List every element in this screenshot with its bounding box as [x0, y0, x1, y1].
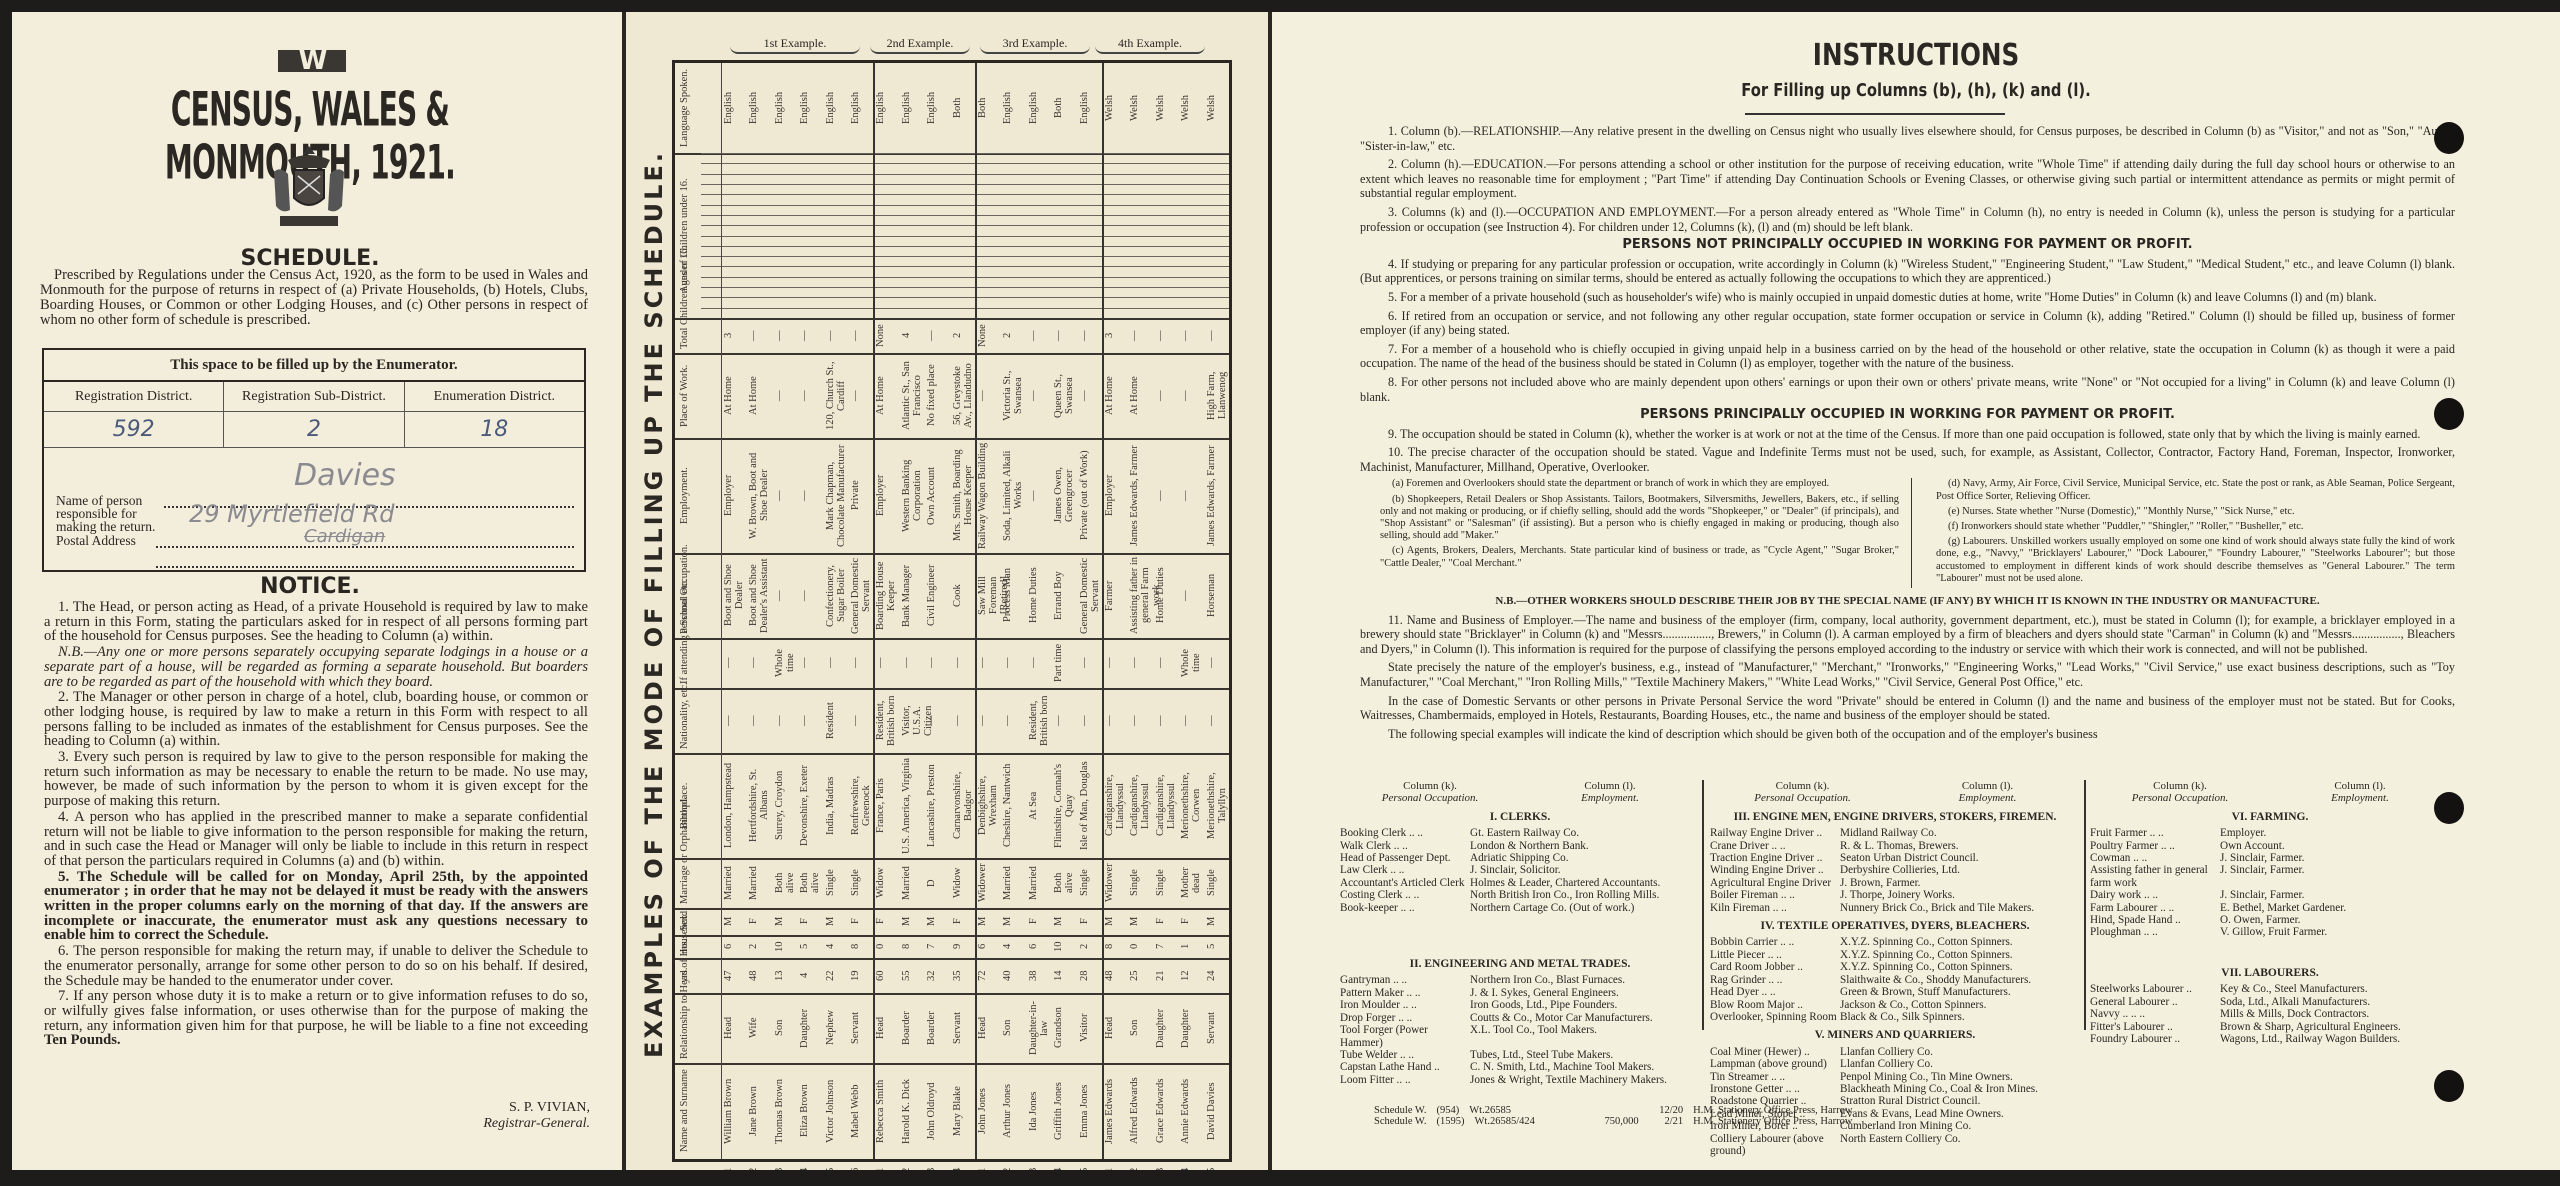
cell-ms: 5: [1206, 939, 1229, 954]
cell-sex: F: [1155, 912, 1178, 931]
age-grid-line: [701, 215, 1229, 216]
cell-yrs: 32: [926, 962, 949, 989]
example-row: Dairy work .. ..J. Sinclair, Farmer.: [2090, 889, 2450, 901]
punch-hole-2: [2434, 398, 2464, 430]
notice-text: 1. The Head, or person acting as Head, o…: [44, 600, 588, 1049]
cell-birth: Cardiganshire, Llandyssul: [1104, 757, 1127, 854]
employer: J. & I. Sykes, General Engineers.: [1470, 987, 1700, 999]
cell-nat: Resident, British born: [875, 692, 898, 749]
instruction-10: 10. The precise character of the occupat…: [1360, 445, 2455, 474]
example-row: Crane Driver .. ..R. & L. Thomas, Brewer…: [1710, 840, 2080, 852]
employer: Coutts & Co., Motor Car Manufacturers.: [1470, 1012, 1700, 1024]
cell-tot: —: [1155, 322, 1178, 349]
cell-yrs: 55: [901, 962, 924, 989]
cell-sch: —: [1206, 642, 1229, 684]
cell-occ: Home Duties: [1028, 557, 1051, 634]
cell-birth: France, Paris: [875, 757, 898, 854]
cell-sch: —: [825, 642, 848, 684]
cell-emp: Private: [850, 442, 873, 549]
registration-district-label: Registration District.: [44, 382, 224, 412]
cell-birth: Flintshire, Connah's Quay: [1053, 757, 1076, 854]
examples-side-title: EXAMPLES OF THE MODE OF FILLING UP THE S…: [634, 60, 674, 1160]
cell-nat: —: [774, 692, 797, 749]
occupation: Kiln Fireman .. ..: [1710, 902, 1840, 914]
cell-ms: 10: [774, 939, 797, 954]
occupation: Farm Labourer .. ..: [2090, 902, 2220, 914]
employer: Key & Co., Steel Manufacturers.: [2220, 983, 2450, 995]
column-header-sch: If attending a School etc.: [679, 642, 717, 684]
example-row: Assisting father in general farm workJ. …: [2090, 864, 2450, 889]
cell-sch: —: [875, 642, 898, 684]
cell-lang: English: [825, 67, 848, 149]
employer: Brown & Sharp, Agricultural Engineers.: [2220, 1021, 2450, 1033]
cell-occ: —: [1180, 557, 1203, 634]
cell-emp: Employer: [875, 442, 898, 549]
instruction-6: 6. If retired from an occupation or serv…: [1360, 309, 2455, 338]
cell-nat: Resident, British born: [1028, 692, 1051, 749]
employer: J. Sinclair, Farmer.: [2220, 889, 2450, 901]
cell-ms: 6: [977, 939, 1000, 954]
cell-ms: 8: [1104, 939, 1127, 954]
cell-mar: Single: [825, 862, 848, 904]
column-header-name: Name and Surname: [679, 1067, 717, 1155]
cell-mar: Widower: [1104, 862, 1127, 904]
cell-sch: —: [1104, 642, 1127, 684]
employer: Jackson & Co., Cotton Spinners.: [1840, 999, 2080, 1011]
cell-sex: F: [799, 912, 822, 931]
example-row: Book-keeper .. ..Northern Cartage Co. (O…: [1340, 902, 1700, 914]
cell-lang: Welsh: [1129, 67, 1152, 149]
occupation: Fruit Farmer .. ..: [2090, 827, 2220, 839]
age-grid-line: [701, 236, 1229, 237]
occupation: Drop Forger .. ..: [1340, 1012, 1470, 1024]
example-row: Overlooker, Spinning RoomBlack & Co., Si…: [1710, 1011, 2080, 1023]
cell-tot: —: [825, 322, 848, 349]
band-divider: [675, 993, 1229, 995]
age-grid-line: [701, 153, 1229, 154]
cell-emp: Mrs. Smith, Boarding House Keeper: [952, 442, 975, 549]
example-row: Steelworks Labourer ..Key & Co., Steel M…: [2090, 983, 2450, 995]
category-title: II. ENGINEERING AND METAL TRADES.: [1340, 958, 1700, 970]
cell-sex: M: [1002, 912, 1025, 931]
cell-sch: —: [748, 642, 771, 684]
occupation-examples: Column (k).Personal Occupation.Column (l…: [1340, 780, 2460, 1100]
cell-rel: Grandson: [1053, 997, 1076, 1059]
cell-mar: Both alive: [1053, 862, 1076, 904]
cell-sex: F: [1180, 912, 1203, 931]
cell-lang: English: [774, 67, 797, 149]
cell-nat: —: [1206, 692, 1229, 749]
occupation: Colliery Labourer (above ground): [1710, 1133, 1840, 1158]
cell-tot: None: [977, 322, 1000, 349]
instructions-subtitle: For Filling up Columns (b), (h), (k) and…: [1388, 80, 2444, 101]
employer: Slaithwaite & Co., Shoddy Manufacturers.: [1840, 974, 2080, 986]
cell-pow: —: [1079, 357, 1102, 434]
col-l-header: Column (l).Employment.: [1520, 780, 1700, 805]
cell-birth: Lancashire, Preston: [926, 757, 949, 854]
cell-rel: Servant: [850, 997, 873, 1059]
cell-occ: Assisting father in general Farm work: [1129, 557, 1152, 634]
cell-tot: —: [1180, 322, 1203, 349]
cell-tot: —: [1053, 322, 1076, 349]
example-row: Kiln Fireman .. ..Nunnery Brick Co., Bri…: [1710, 902, 2080, 914]
cell-rel: Daughter-in-law: [1028, 997, 1051, 1059]
cell-pow: At Home: [1104, 357, 1127, 434]
cell-ms: 4: [825, 939, 848, 954]
cell-sch: —: [926, 642, 949, 684]
cell-ms: 1: [1180, 939, 1203, 954]
category-title: IV. TEXTILE OPERATIVES, DYERS, BLEACHERS…: [1710, 920, 2080, 932]
cell-sex: M: [1104, 912, 1127, 931]
cell-occ: General Domestic Servant: [850, 557, 873, 634]
cell-nat: —: [1079, 692, 1102, 749]
cell-name: Eliza Brown: [799, 1067, 822, 1155]
cell-mar: Single: [1129, 862, 1152, 904]
example-row: Iron Moulder .. ..Iron Goods, Ltd., Pipe…: [1340, 999, 1700, 1011]
occupation: Pattern Maker .. ..: [1340, 987, 1470, 999]
subitem-g: (g) Labourers. Unskilled workers usually…: [1936, 536, 2455, 585]
example-row: Ironstone Getter .. ..Blackheath Mining …: [1710, 1083, 2080, 1095]
age-grid-line: [701, 194, 1229, 195]
cell-ms: 2: [1079, 939, 1102, 954]
cell-birth: Surrey, Croydon: [774, 757, 797, 854]
section-occupied: PERSONS PRINCIPALLY OCCUPIED IN WORKING …: [1360, 408, 2455, 423]
example-label-4: 4th Example.: [1095, 36, 1205, 54]
subitem-a: (a) Foremen and Overlookers should state…: [1380, 478, 1899, 490]
enumeration-district-field[interactable]: 18: [405, 412, 584, 448]
cell-nat: —: [1104, 692, 1127, 749]
employer: Soda, Ltd., Alkali Manufacturers.: [2220, 996, 2450, 1008]
occupation: Tool Forger (Power Hammer): [1340, 1024, 1470, 1049]
cell-sch: —: [1129, 642, 1152, 684]
example-row: Pattern Maker .. ..J. & I. Sykes, Genera…: [1340, 987, 1700, 999]
occupation: Hind, Spade Hand ..: [2090, 914, 2220, 926]
cell-occ: Confectionery, Sugar Boiler: [825, 557, 848, 634]
band-divider: [675, 638, 1229, 640]
cell-yrs: 19: [850, 962, 873, 989]
cell-tot: —: [926, 322, 949, 349]
occupation: Boiler Fireman .. ..: [1710, 889, 1840, 901]
cell-ms: 10: [1053, 939, 1076, 954]
punch-hole-4: [2434, 1070, 2464, 1102]
cell-name: David Davies: [1206, 1067, 1229, 1155]
cell-occ: Process Man: [1002, 557, 1025, 634]
cell-pow: —: [977, 357, 1000, 434]
occupation: Head of Passenger Dept.: [1340, 852, 1470, 864]
cell-ms: 7: [926, 939, 949, 954]
employer: Derbyshire Collieries, Ltd.: [1840, 864, 2080, 876]
occupation: Navvy .. .. ..: [2090, 1008, 2220, 1020]
employer: J. Sinclair, Farmer.: [2220, 864, 2450, 889]
example-row: Fruit Farmer .. ..Employer.: [2090, 827, 2450, 839]
age-grid-line: [701, 297, 1229, 298]
employer: X.L. Tool Co., Tool Makers.: [1470, 1024, 1700, 1049]
cell-mar: Single: [1079, 862, 1102, 904]
enumerator-box-title: This space to be filled up by the Enumer…: [44, 350, 584, 382]
occupation: Crane Driver .. ..: [1710, 840, 1840, 852]
cell-yrs: 47: [723, 962, 746, 989]
band-divider: [675, 908, 1229, 910]
cell-mar: Mother dead: [1180, 862, 1203, 904]
occupation: General Labourer ..: [2090, 996, 2220, 1008]
cell-yrs: 12: [1180, 962, 1203, 989]
occupation: Ploughman .. ..: [2090, 926, 2220, 938]
cell-nat: —: [748, 692, 771, 749]
cell-sex: F: [748, 912, 771, 931]
example-row: Farm Labourer .. ..E. Bethel, Market Gar…: [2090, 902, 2450, 914]
signature-name: S. P. VIVIAN,: [380, 1100, 590, 1116]
cell-pow: At Home: [1129, 357, 1152, 434]
occupation: Agricultural Engine Driver: [1710, 877, 1840, 889]
employer: Gt. Eastern Railway Co.: [1470, 827, 1700, 839]
cell-lang: English: [748, 67, 771, 149]
occupation: Little Piecer .. ..: [1710, 949, 1840, 961]
occupation: Traction Engine Driver ..: [1710, 852, 1840, 864]
example-row: Railway Engine Driver ..Midland Railway …: [1710, 827, 2080, 839]
cell-mar: Married: [748, 862, 771, 904]
cell-tot: 3: [723, 322, 746, 349]
cell-occ: Saw Mill Foreman [Retired]: [977, 557, 1000, 634]
cell-tot: None: [875, 322, 898, 349]
occupation: Blow Room Major ..: [1710, 999, 1840, 1011]
employer: Nunnery Brick Co., Brick and Tile Makers…: [1840, 902, 2080, 914]
cell-pow: —: [1180, 357, 1203, 434]
employer: C. N. Smith, Ltd., Machine Tool Makers.: [1470, 1061, 1700, 1073]
cell-occ: Boarding House Keeper: [875, 557, 898, 634]
column-header-tot: Total Children under 16.: [679, 322, 717, 349]
cell-mar: Widow: [952, 862, 975, 904]
cell-sch: —: [901, 642, 924, 684]
subitem-e: (e) Nurses. State whether "Nurse (Domest…: [1936, 506, 2455, 518]
instruction-7: 7. For a member of a household who is ch…: [1360, 342, 2455, 371]
occupation: Law Clerk .. ..: [1340, 864, 1470, 876]
cell-sch: —: [977, 642, 1000, 684]
cell-mar: Both alive: [799, 862, 822, 904]
example-row: Lampman (above ground)Llanfan Colliery C…: [1710, 1058, 2080, 1070]
cell-rel: Head: [977, 997, 1000, 1059]
occupation: Booking Clerk .. ..: [1340, 827, 1470, 839]
column-header-lang: Language Spoken.: [679, 67, 717, 149]
cell-name: John Oldroyd: [926, 1067, 949, 1155]
cell-sex: M: [901, 912, 924, 931]
enumerator-box: This space to be filled up by the Enumer…: [42, 348, 586, 572]
column-header-yrs: yrs.: [679, 962, 717, 989]
cell-mar: Single: [1206, 862, 1229, 904]
cell-emp: James Edwards, Farmer: [1129, 442, 1152, 549]
cell-birth: London, Hampstead: [723, 757, 746, 854]
cell-nat: —: [850, 692, 873, 749]
employer: Own Account.: [2220, 840, 2450, 852]
example-row: Card Room Jobber ..X.Y.Z. Spinning Co., …: [1710, 961, 2080, 973]
examples-column-3: Column (k).Personal Occupation.Column (l…: [2090, 780, 2450, 1045]
band-divider: [675, 858, 1229, 860]
cell-tot: 2: [1002, 322, 1025, 349]
cell-yrs: 14: [1053, 962, 1076, 989]
cell-occ: Boot and Shoe Dealer's Assistant: [748, 557, 771, 634]
responsible-person-field[interactable]: Davies: [294, 458, 396, 493]
cell-birth: At Sea: [1028, 757, 1051, 854]
subitem-d: (d) Navy, Army, Air Force, Civil Service…: [1936, 478, 2455, 502]
band-divider: [675, 553, 1229, 555]
employer: Seaton Urban District Council.: [1840, 852, 2080, 864]
example-row: Costing Clerk .. ..North British Iron Co…: [1340, 889, 1700, 901]
employer: E. Bethel, Market Gardener.: [2220, 902, 2450, 914]
occupation: Costing Clerk .. ..: [1340, 889, 1470, 901]
cell-birth: Devonshire, Exeter: [799, 757, 822, 854]
example-row: Gantryman .. ..Northern Iron Co., Blast …: [1340, 974, 1700, 986]
example-row: Booking Clerk .. ..Gt. Eastern Railway C…: [1340, 827, 1700, 839]
age-grid-line: [701, 277, 1229, 278]
example-row: Winding Engine Driver ..Derbyshire Colli…: [1710, 864, 2080, 876]
scan-border-bottom: [0, 1170, 2560, 1186]
occupation: Gantryman .. ..: [1340, 974, 1470, 986]
employer: London & Northern Bank.: [1470, 840, 1700, 852]
cell-sch: —: [723, 642, 746, 684]
cell-nat: —: [1129, 692, 1152, 749]
cell-rel: Nephew: [825, 997, 848, 1059]
cell-emp: Private (out of Work): [1079, 442, 1102, 549]
cell-emp: Mark Chapman, Chocolate Manufacturer: [825, 442, 848, 549]
cell-name: Arthur Jones: [1002, 1067, 1025, 1155]
cell-name: Thomas Brown: [774, 1067, 797, 1155]
cell-sch: Whole time: [1180, 642, 1203, 684]
employer: Iron Goods, Ltd., Pipe Founders.: [1470, 999, 1700, 1011]
cell-tot: 3: [1104, 322, 1127, 349]
cell-sex: F: [1028, 912, 1051, 931]
cell-lang: English: [723, 67, 746, 149]
cell-mar: Both alive: [774, 862, 797, 904]
employer: X.Y.Z. Spinning Co., Cotton Spinners.: [1840, 936, 2080, 948]
cell-sch: —: [1079, 642, 1102, 684]
example-row: Fitter's Labourer ..Brown & Sharp, Agric…: [2090, 1021, 2450, 1033]
category-title: VII. LABOURERS.: [2090, 967, 2450, 979]
cell-yrs: 21: [1155, 962, 1178, 989]
notice-item-7: 7. If any person whose duty it is to mak…: [44, 989, 588, 1048]
example-row: Hind, Spade Hand ..O. Owen, Farmer.: [2090, 914, 2450, 926]
cell-tot: —: [1079, 322, 1102, 349]
cell-pow: —: [774, 357, 797, 434]
examples-column-2: Column (k).Personal Occupation.Column (l…: [1710, 780, 2080, 1157]
age-grid-line: [701, 287, 1229, 288]
cell-yrs: 48: [748, 962, 771, 989]
cell-yrs: 38: [1028, 962, 1051, 989]
notice-nb: N.B.—Any one or more persons separately …: [44, 645, 588, 689]
column-header-rel: Relationship to Head of Household.: [679, 997, 717, 1059]
cell-emp: —: [1180, 442, 1203, 549]
employer: Midland Railway Co.: [1840, 827, 2080, 839]
cell-name: Griffith Jones: [1053, 1067, 1076, 1155]
age-grid-line: [701, 174, 1229, 175]
example-row: Navvy .. .. ..Mills & Mills, Dock Contra…: [2090, 1008, 2450, 1020]
cell-rel: Boarder: [926, 997, 949, 1059]
category-title: III. ENGINE MEN, ENGINE DRIVERS, STOKERS…: [1710, 811, 2080, 823]
cell-yrs: 40: [1002, 962, 1025, 989]
punch-hole-1: [2434, 122, 2464, 154]
postal-address-field[interactable]: 29 Myrtlefield Rd: [189, 500, 395, 528]
cell-ms: 9: [952, 939, 975, 954]
example-row: Rag Grinder .. ..Slaithwaite & Co., Shod…: [1710, 974, 2080, 986]
category-title: I. CLERKS.: [1340, 811, 1700, 823]
cell-sex: M: [774, 912, 797, 931]
cell-pow: High Farm, Llanwenog: [1206, 357, 1229, 434]
cell-name: Grace Edwards: [1155, 1067, 1178, 1155]
signature-title: Registrar-General.: [483, 1116, 590, 1131]
employer: North British Iron Co., Iron Rolling Mil…: [1470, 889, 1700, 901]
cell-ms: 2: [748, 939, 771, 954]
punch-hole-3: [2434, 792, 2464, 824]
employer: J. Sinclair, Solicitor.: [1470, 864, 1700, 876]
employer: Evans & Evans, Lead Mine Owners.: [1840, 1108, 2080, 1120]
cell-ms: 0: [875, 939, 898, 954]
registration-district-field[interactable]: 592: [44, 412, 224, 448]
band-divider: [675, 935, 1229, 937]
cell-tot: —: [850, 322, 873, 349]
example-row: Walk Clerk .. ..London & Northern Bank.: [1340, 840, 1700, 852]
schedule-intro: Prescribed by Regulations under the Cens…: [40, 268, 588, 328]
cell-name: Jane Brown: [748, 1067, 771, 1155]
example-row: Colliery Labourer (above ground)North Ea…: [1710, 1133, 2080, 1158]
cell-nat: Visitor, U.S.A. Citizen: [901, 692, 924, 749]
cell-emp: Employer: [1104, 442, 1127, 549]
occupation: Walk Clerk .. ..: [1340, 840, 1470, 852]
cell-sex: M: [723, 912, 746, 931]
cell-emp: —: [1155, 442, 1178, 549]
cell-yrs: 72: [977, 962, 1000, 989]
employer: V. Gillow, Fruit Farmer.: [2220, 926, 2450, 938]
cell-yrs: 35: [952, 962, 975, 989]
occupation: Cowman .. ..: [2090, 852, 2220, 864]
cell-mar: Widow: [875, 862, 898, 904]
cell-rel: Daughter: [1155, 997, 1178, 1059]
occupation: Head Dyer .. ..: [1710, 986, 1840, 998]
band-divider: [675, 1063, 1229, 1065]
cell-mar: Married: [1002, 862, 1025, 904]
employer: Penpol Mining Co., Tin Mine Owners.: [1840, 1071, 2080, 1083]
employer: X.Y.Z. Spinning Co., Cotton Spinners.: [1840, 961, 2080, 973]
cell-pow: —: [799, 357, 822, 434]
cell-tot: —: [799, 322, 822, 349]
age-grid-line: [701, 256, 1229, 257]
column-header-sex: Sex.: [679, 912, 717, 931]
occupation: Railway Engine Driver ..: [1710, 827, 1840, 839]
cell-name: Mary Blake: [952, 1067, 975, 1155]
cell-emp: Employer: [723, 442, 746, 549]
cell-lang: English: [1002, 67, 1025, 149]
cell-pow: —: [1155, 357, 1178, 434]
cell-sex: M: [1206, 912, 1229, 931]
registration-sub-district-field[interactable]: 2: [224, 412, 404, 448]
cell-rel: Servant: [952, 997, 975, 1059]
instructions-title: INSTRUCTIONS: [1388, 38, 2444, 73]
cell-lang: Welsh: [1104, 67, 1127, 149]
example-row: Law Clerk .. ..J. Sinclair, Solicitor.: [1340, 864, 1700, 876]
cell-lang: English: [799, 67, 822, 149]
cell-rel: Wife: [748, 997, 771, 1059]
registration-sub-district-label: Registration Sub-District.: [224, 382, 404, 412]
column-header-ms: ms.: [679, 939, 717, 954]
cell-sch: —: [1155, 642, 1178, 684]
instruction-2: 2. Column (h).—EDUCATION.—For persons at…: [1360, 157, 2455, 201]
occupation: Capstan Lathe Hand ..: [1340, 1061, 1470, 1073]
age-grid-line: [701, 225, 1229, 226]
cell-ms: 6: [1028, 939, 1051, 954]
cell-yrs: 24: [1206, 962, 1229, 989]
cell-yrs: 4: [799, 962, 822, 989]
employer: Stratton Rural District Council.: [1840, 1095, 2080, 1107]
cell-sex: M: [825, 912, 848, 931]
occupation: Winding Engine Driver ..: [1710, 864, 1840, 876]
cell-name: Emma Jones: [1079, 1067, 1102, 1155]
